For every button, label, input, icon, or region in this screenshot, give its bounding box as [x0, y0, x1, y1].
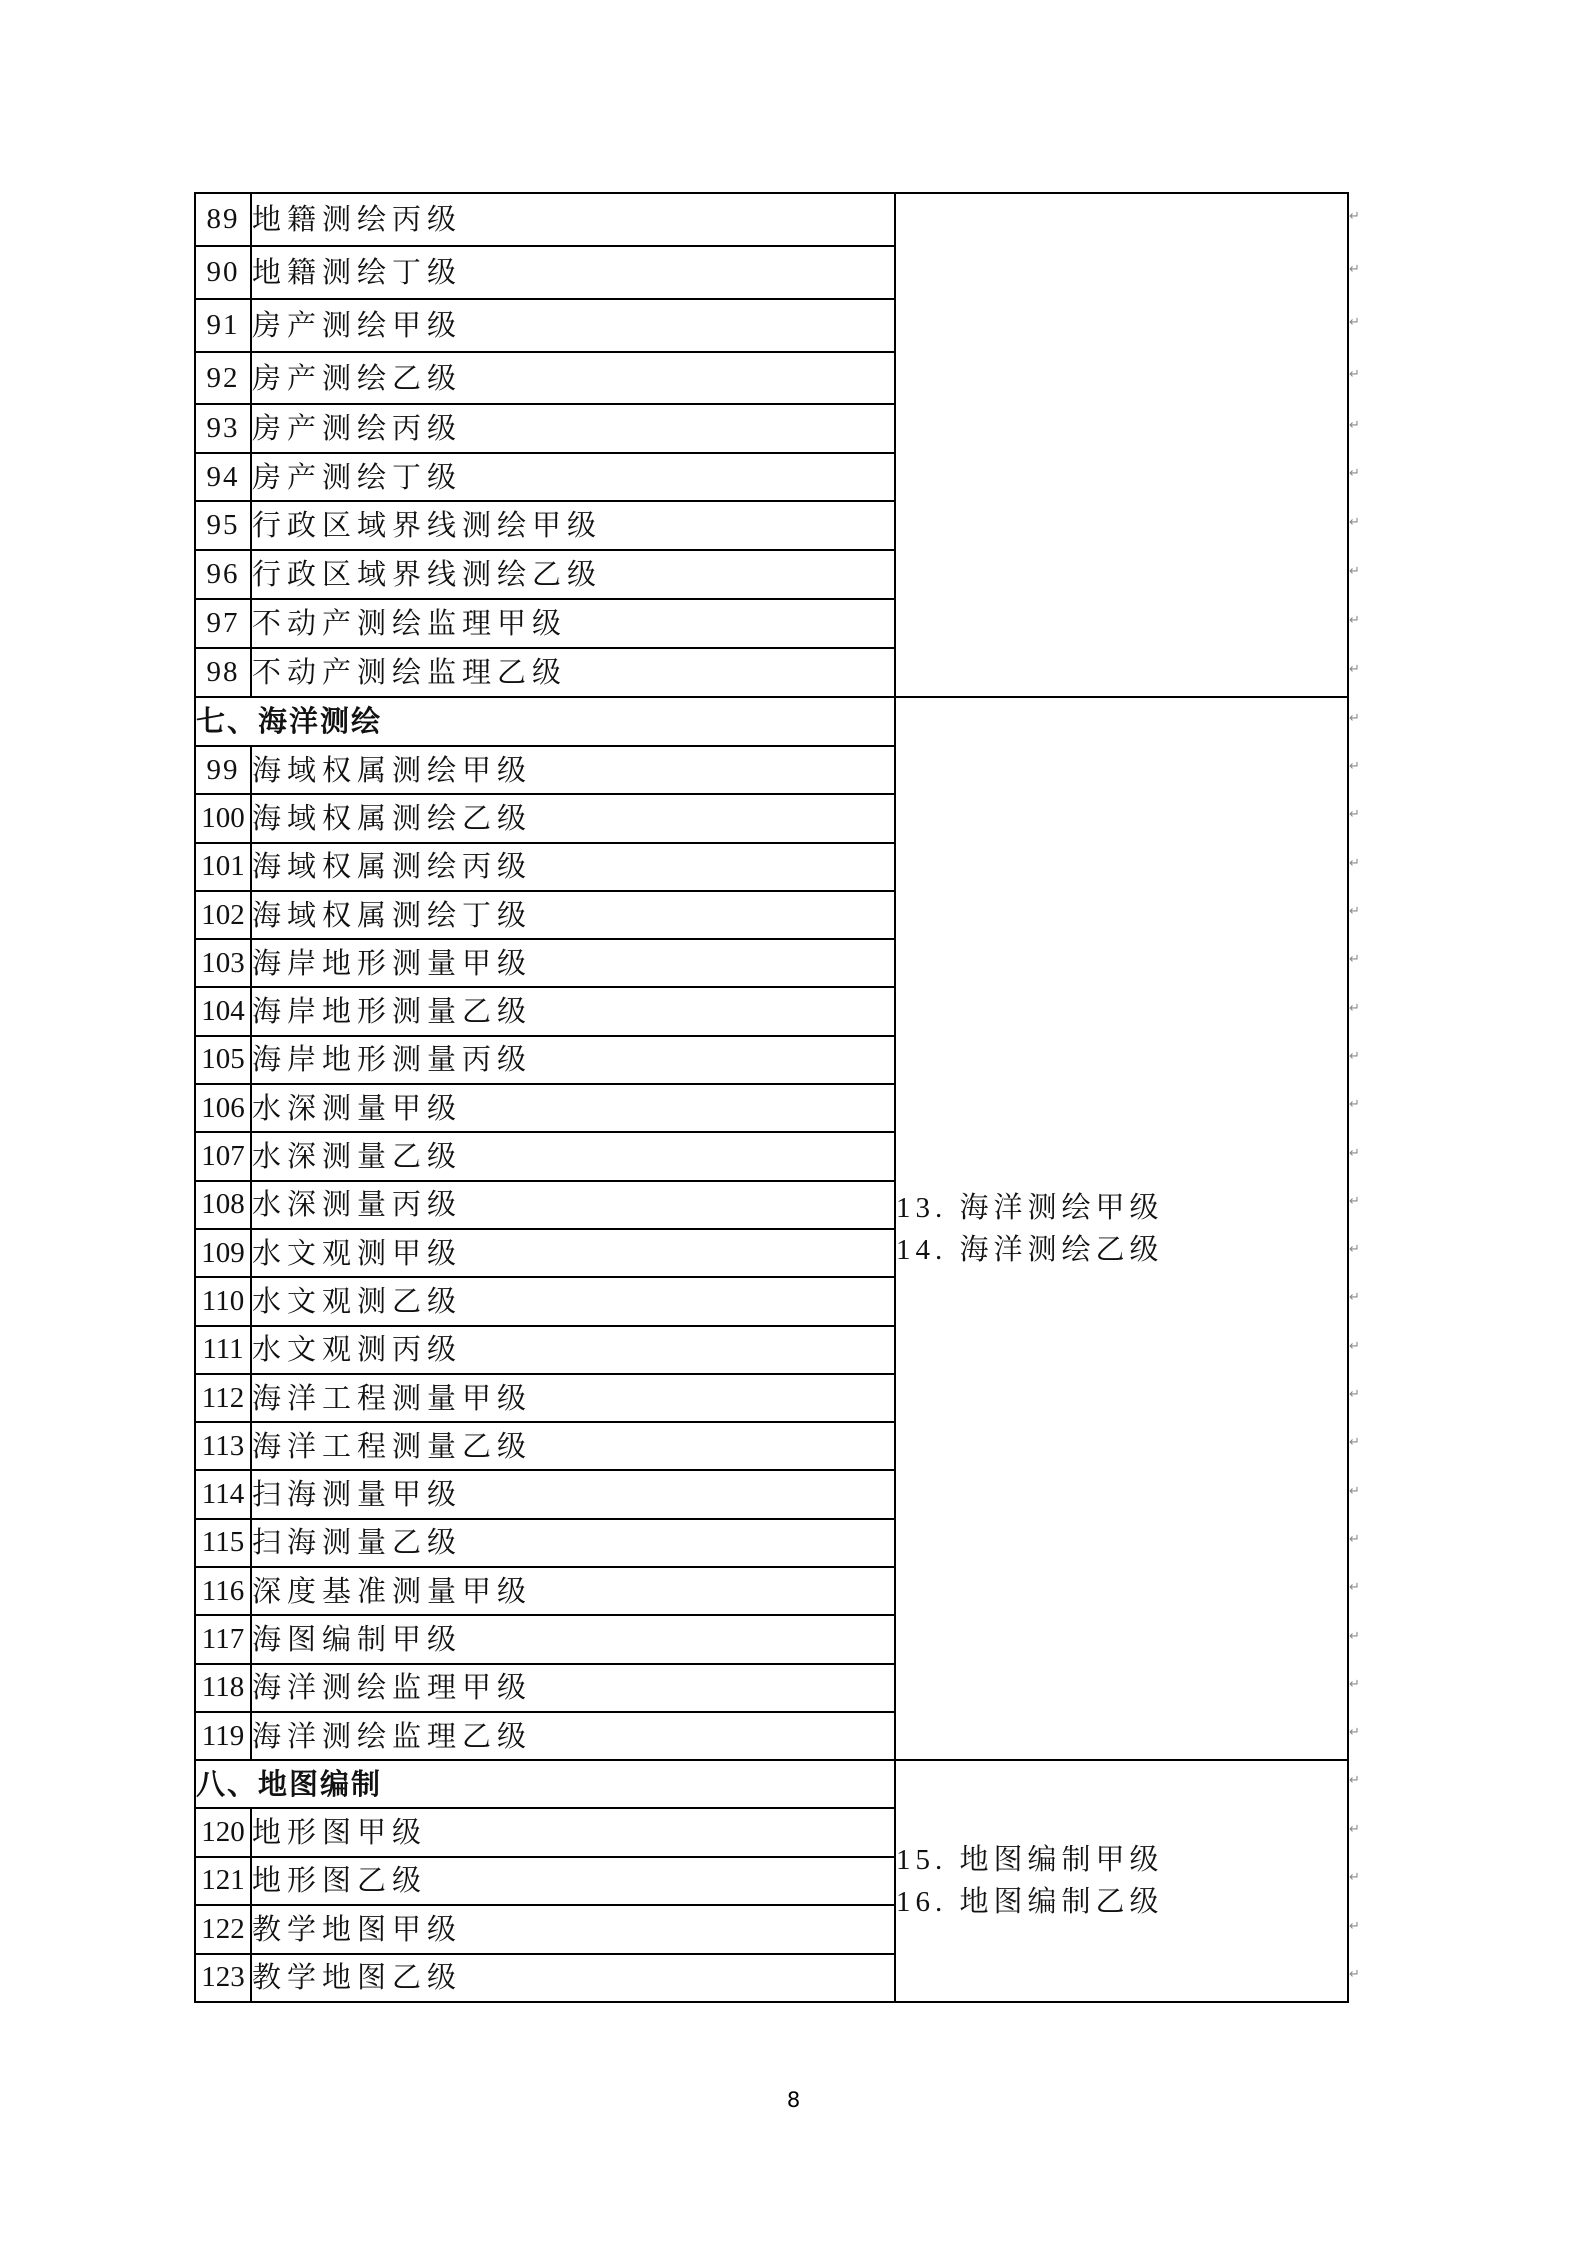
paragraph-mark-icon: ↵: [1349, 1097, 1360, 1112]
qualification-name: 房产测绘甲级: [251, 299, 895, 352]
qualification-name: 地形图甲级: [251, 1808, 895, 1857]
qualification-name: 房产测绘丙级: [251, 404, 895, 453]
paragraph-mark-icon: ↵: [1349, 904, 1360, 919]
qualification-name: 海域权属测绘丁级: [251, 891, 895, 939]
paragraph-mark-icon: ↵: [1349, 1919, 1360, 1934]
paragraph-mark-icon: ↵: [1349, 1773, 1360, 1788]
paragraph-mark-icon: ↵: [1349, 1242, 1360, 1257]
item-number: 106: [195, 1084, 251, 1132]
mapped-qualification: 15. 地图编制甲级: [896, 1839, 1347, 1881]
qualification-name: 水深测量乙级: [251, 1132, 895, 1180]
qualification-name: 扫海测量甲级: [251, 1470, 895, 1518]
qualification-name: 水深测量丙级: [251, 1181, 895, 1229]
qualification-name: 不动产测绘监理甲级: [251, 599, 895, 648]
item-number: 109: [195, 1229, 251, 1277]
qualification-name: 海域权属测绘甲级: [251, 746, 895, 794]
item-number: 104: [195, 987, 251, 1035]
mapped-qualification-cell: 15. 地图编制甲级16. 地图编制乙级: [895, 1760, 1348, 2002]
item-number: 92: [195, 352, 251, 404]
paragraph-mark-icon: ↵: [1349, 1435, 1360, 1450]
qualification-name: 海图编制甲级: [251, 1615, 895, 1663]
paragraph-mark-icon: ↵: [1349, 662, 1360, 677]
mapped-qualification: 14. 海洋测绘乙级: [896, 1229, 1347, 1271]
qualification-name: 海洋测绘监理乙级: [251, 1712, 895, 1760]
item-number: 96: [195, 550, 251, 599]
item-number: 108: [195, 1181, 251, 1229]
item-number: 113: [195, 1422, 251, 1470]
item-number: 112: [195, 1374, 251, 1422]
paragraph-mark-icon: ↵: [1349, 1870, 1360, 1885]
paragraph-mark-icon: ↵: [1349, 466, 1360, 481]
qualification-name: 行政区域界线测绘乙级: [251, 550, 895, 599]
qualification-name: 海岸地形测量甲级: [251, 939, 895, 987]
paragraph-mark-icon: ↵: [1349, 564, 1360, 579]
item-number: 89: [195, 193, 251, 246]
qualification-name: 房产测绘乙级: [251, 352, 895, 404]
paragraph-mark-icon: ↵: [1349, 1580, 1360, 1595]
mapped-qualification: 16. 地图编制乙级: [896, 1881, 1347, 1923]
paragraph-mark-icon: ↵: [1349, 807, 1360, 822]
qualification-name: 海洋测绘监理甲级: [251, 1664, 895, 1712]
paragraph-mark-icon: ↵: [1349, 1629, 1360, 1644]
paragraph-mark-icon: ↵: [1349, 1677, 1360, 1692]
item-number: 102: [195, 891, 251, 939]
mapped-qualification-cell: 13. 海洋测绘甲级14. 海洋测绘乙级: [895, 697, 1348, 1760]
paragraph-mark-icon: ↵: [1349, 1001, 1360, 1016]
paragraph-mark-icon: ↵: [1349, 515, 1360, 530]
qualification-name: 海洋工程测量甲级: [251, 1374, 895, 1422]
paragraph-mark-icon: ↵: [1349, 262, 1360, 277]
item-number: 107: [195, 1132, 251, 1180]
qualification-name: 不动产测绘监理乙级: [251, 648, 895, 697]
item-number: 115: [195, 1519, 251, 1567]
item-number: 98: [195, 648, 251, 697]
qualification-name: 地籍测绘丁级: [251, 246, 895, 299]
qualification-name: 水文观测丙级: [251, 1326, 895, 1374]
section-title: 七、海洋测绘: [195, 697, 895, 746]
qualification-name: 海域权属测绘乙级: [251, 794, 895, 842]
qualification-name: 教学地图甲级: [251, 1905, 895, 1954]
paragraph-mark-icon: ↵: [1349, 1290, 1360, 1305]
qualification-name: 深度基准测量甲级: [251, 1567, 895, 1615]
qualification-name: 海岸地形测量丙级: [251, 1036, 895, 1084]
paragraph-mark-icon: ↵: [1349, 209, 1360, 224]
item-number: 95: [195, 501, 251, 550]
item-number: 119: [195, 1712, 251, 1760]
section-title: 八、地图编制: [195, 1760, 895, 1808]
qualification-name: 行政区域界线测绘甲级: [251, 501, 895, 550]
item-number: 94: [195, 453, 251, 501]
qualification-name: 海域权属测绘丙级: [251, 843, 895, 891]
paragraph-mark-icon: ↵: [1349, 856, 1360, 871]
item-number: 118: [195, 1664, 251, 1712]
item-number: 105: [195, 1036, 251, 1084]
paragraph-mark-icon: ↵: [1349, 1146, 1360, 1161]
paragraph-mark-icon: ↵: [1349, 1484, 1360, 1499]
section-header-row: 八、地图编制15. 地图编制甲级16. 地图编制乙级: [195, 1760, 1348, 1808]
page-number: 8: [0, 2088, 1587, 2112]
table-row: 89地籍测绘丙级: [195, 193, 1348, 246]
paragraph-mark-icon: ↵: [1349, 315, 1360, 330]
item-number: 122: [195, 1905, 251, 1954]
qualification-name: 地籍测绘丙级: [251, 193, 895, 246]
item-number: 99: [195, 746, 251, 794]
qualification-name: 扫海测量乙级: [251, 1519, 895, 1567]
item-number: 90: [195, 246, 251, 299]
qualification-name: 海洋工程测量乙级: [251, 1422, 895, 1470]
qualification-name: 房产测绘丁级: [251, 453, 895, 501]
item-number: 121: [195, 1857, 251, 1906]
qualification-mapping-table: 89地籍测绘丙级90地籍测绘丁级91房产测绘甲级92房产测绘乙级93房产测绘丙级…: [194, 192, 1349, 2003]
item-number: 101: [195, 843, 251, 891]
paragraph-mark-icon: ↵: [1349, 1194, 1360, 1209]
qualification-name: 教学地图乙级: [251, 1954, 895, 2003]
mapped-qualification: 13. 海洋测绘甲级: [896, 1187, 1347, 1229]
item-number: 103: [195, 939, 251, 987]
item-number: 117: [195, 1615, 251, 1663]
paragraph-mark-icon: ↵: [1349, 759, 1360, 774]
paragraph-mark-icon: ↵: [1349, 1339, 1360, 1354]
qualification-name: 水文观测甲级: [251, 1229, 895, 1277]
paragraph-mark-icon: ↵: [1349, 1049, 1360, 1064]
paragraph-mark-icon: ↵: [1349, 1967, 1360, 1982]
paragraph-mark-icon: ↵: [1349, 1532, 1360, 1547]
qualification-name: 水深测量甲级: [251, 1084, 895, 1132]
paragraph-mark-icon: ↵: [1349, 711, 1360, 726]
item-number: 100: [195, 794, 251, 842]
document-page: 89地籍测绘丙级90地籍测绘丁级91房产测绘甲级92房产测绘乙级93房产测绘丙级…: [0, 0, 1587, 2245]
paragraph-mark-icon: ↵: [1349, 1387, 1360, 1402]
item-number: 97: [195, 599, 251, 648]
paragraph-mark-icon: ↵: [1349, 1822, 1360, 1837]
item-number: 120: [195, 1808, 251, 1857]
paragraph-mark-icon: ↵: [1349, 367, 1360, 382]
paragraph-mark-icon: ↵: [1349, 418, 1360, 433]
section-header-row: 七、海洋测绘13. 海洋测绘甲级14. 海洋测绘乙级: [195, 697, 1348, 746]
item-number: 116: [195, 1567, 251, 1615]
paragraph-mark-icon: ↵: [1349, 1725, 1360, 1740]
item-number: 123: [195, 1954, 251, 2003]
item-number: 110: [195, 1277, 251, 1325]
mapped-qualification-cell: [895, 193, 1348, 697]
paragraph-mark-icon: ↵: [1349, 613, 1360, 628]
item-number: 93: [195, 404, 251, 453]
qualification-name: 水文观测乙级: [251, 1277, 895, 1325]
qualification-name: 地形图乙级: [251, 1857, 895, 1906]
qualification-name: 海岸地形测量乙级: [251, 987, 895, 1035]
item-number: 114: [195, 1470, 251, 1518]
item-number: 91: [195, 299, 251, 352]
item-number: 111: [195, 1326, 251, 1374]
paragraph-mark-icon: ↵: [1349, 952, 1360, 967]
